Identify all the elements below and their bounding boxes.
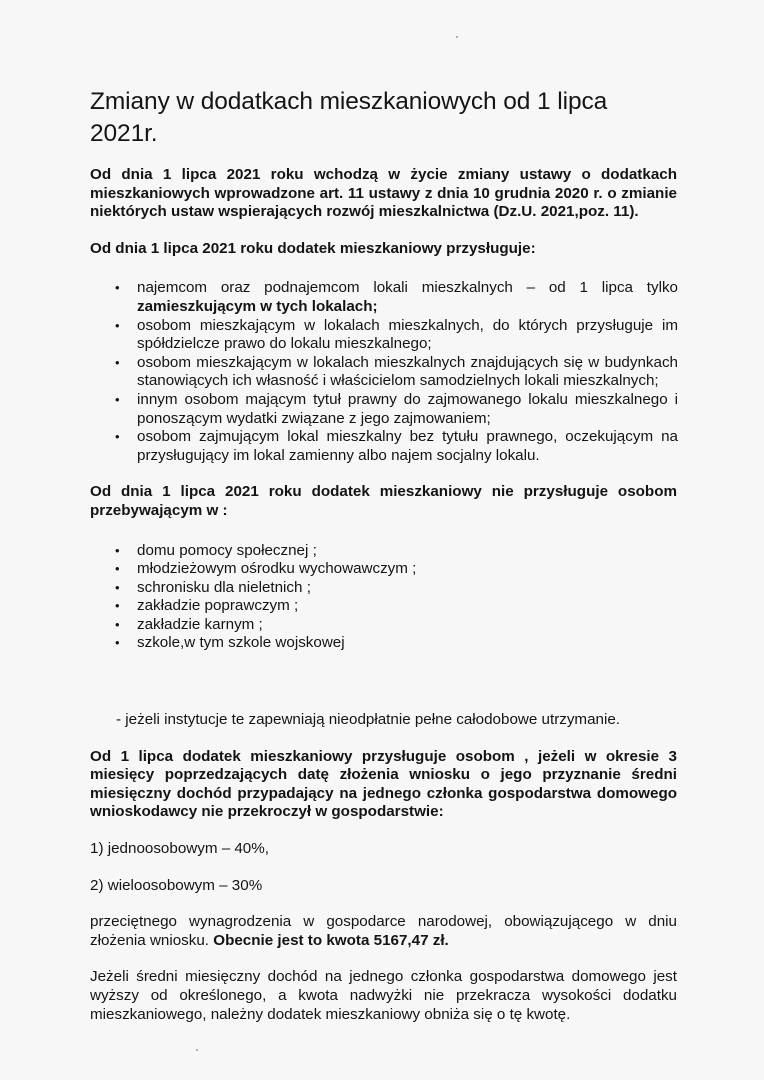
document-title: Zmiany w dodatkach mieszkaniowych od 1 l…: [90, 86, 677, 150]
income-heading: Od 1 lipca dodatek mieszkaniowy przysług…: [90, 748, 677, 822]
ineligible-item: • schronisku dla nieletnich ;: [137, 579, 677, 598]
ineligible-list: • domu pomocy społecznej ; • młodzieżowy…: [137, 542, 677, 654]
threshold-single: 1) jednoosobowym – 40%,: [90, 840, 677, 859]
bullet-icon: •: [115, 317, 120, 336]
scan-speck: [456, 36, 458, 38]
eligible-item: • osobom mieszkającym w lokalach mieszka…: [137, 317, 678, 354]
condition-note: - jeżeli instytucje te zapewniają nieodp…: [116, 711, 677, 730]
bullet-icon: •: [115, 279, 120, 298]
bullet-icon: •: [115, 560, 120, 579]
eligible-item: • osobom zajmującym lokal mieszkalny bez…: [137, 428, 678, 465]
bullet-icon: •: [115, 597, 120, 616]
bullet-icon: •: [115, 542, 120, 561]
ineligible-heading: Od dnia 1 lipca 2021 roku dodatek mieszk…: [90, 483, 677, 520]
eligible-item: • innym osobom mającym tytuł prawny do z…: [137, 391, 678, 428]
bullet-icon: •: [115, 391, 120, 410]
bullet-icon: •: [115, 354, 120, 373]
ineligible-item: • domu pomocy społecznej ;: [137, 542, 677, 561]
bullet-icon: •: [115, 579, 120, 598]
eligible-heading: Od dnia 1 lipca 2021 roku dodatek mieszk…: [90, 240, 677, 259]
average-wage-amount: Obecnie jest to kwota 5167,47 zł.: [213, 932, 449, 949]
ineligible-item: • zakładzie poprawczym ;: [137, 597, 677, 616]
bullet-icon: •: [115, 634, 120, 653]
eligible-item: • osobom mieszkającym w lokalach mieszka…: [137, 354, 678, 391]
bullet-icon: •: [115, 428, 120, 447]
ineligible-item: • szkole,w tym szkole wojskowej: [137, 634, 677, 653]
document-body: Zmiany w dodatkach mieszkaniowych od 1 l…: [90, 86, 677, 1024]
ineligible-item: • zakładzie karnym ;: [137, 616, 677, 635]
intro-paragraph: Od dnia 1 lipca 2021 roku wchodzą w życi…: [90, 166, 677, 222]
scanned-page: Zmiany w dodatkach mieszkaniowych od 1 l…: [0, 0, 764, 1080]
average-wage-paragraph: przeciętnego wynagrodzenia w gospodarce …: [90, 913, 677, 950]
scan-speck: [196, 1049, 198, 1051]
eligible-list: • najemcom oraz podnajemcom lokali miesz…: [137, 279, 678, 465]
threshold-multi: 2) wieloosobowym – 30%: [90, 877, 677, 896]
bullet-icon: •: [115, 616, 120, 635]
eligible-item: • najemcom oraz podnajemcom lokali miesz…: [137, 279, 678, 316]
reduction-paragraph: Jeżeli średni miesięczny dochód na jedne…: [90, 968, 677, 1024]
ineligible-item: • młodzieżowym ośrodku wychowawczym ;: [137, 560, 677, 579]
